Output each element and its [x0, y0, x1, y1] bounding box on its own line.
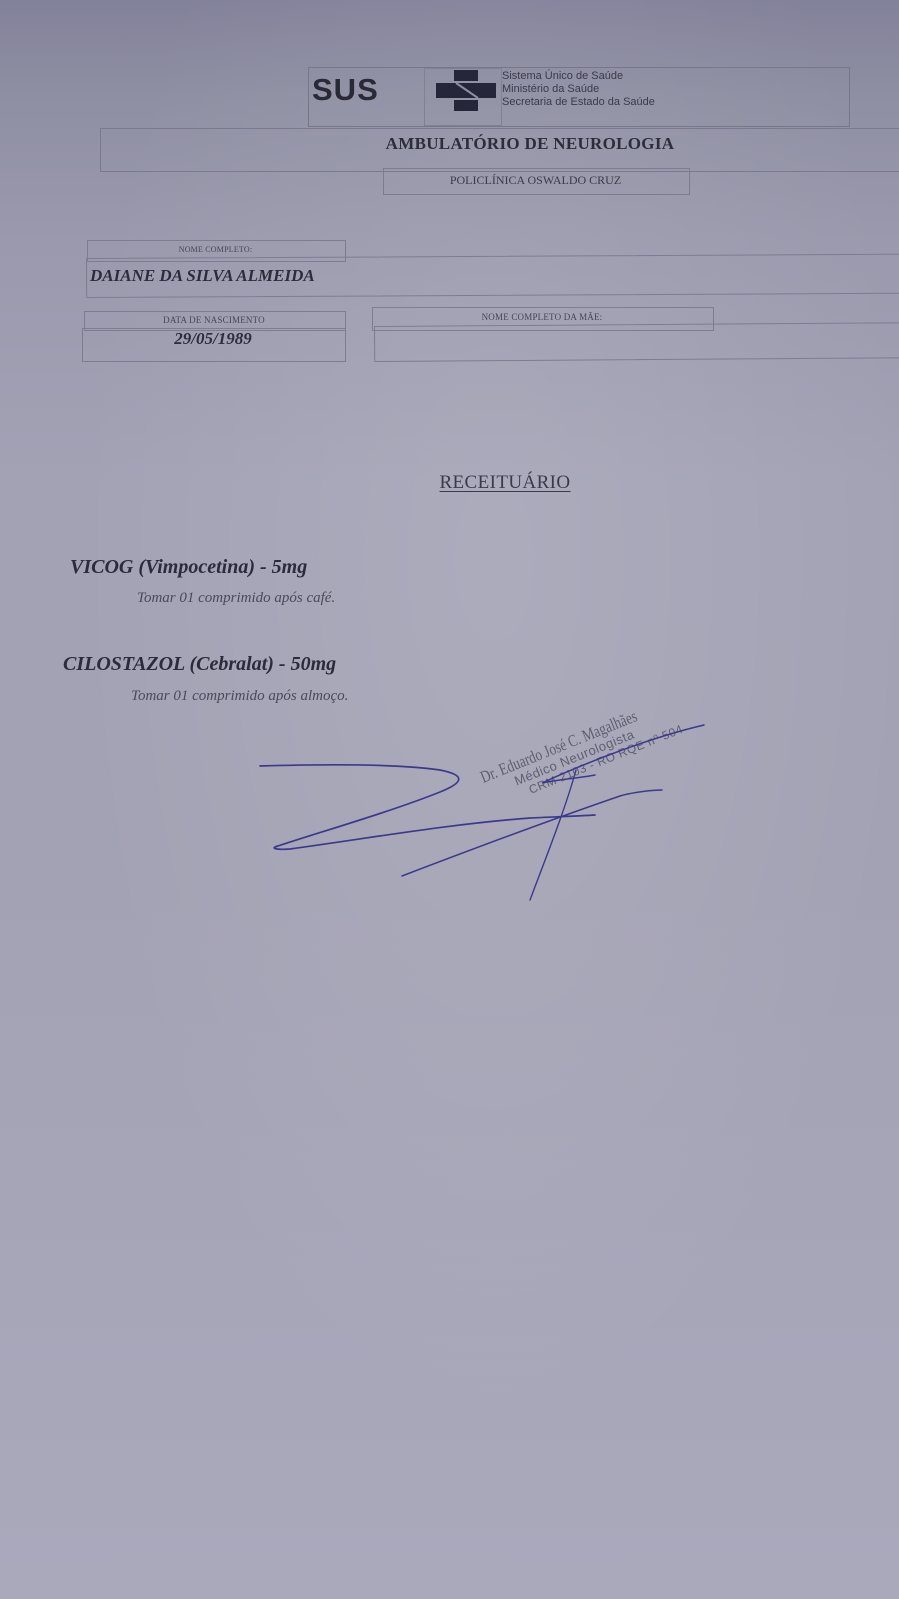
medication-name: VICOG (Vimpocetina) - 5mg — [70, 556, 307, 579]
org-line-sus: Sistema Único de Saúde — [502, 70, 623, 82]
org-line-ministerio: Ministério da Saúde — [502, 83, 599, 95]
medication-name: CILOSTAZOL (Cebralat) - 50mg — [63, 653, 336, 676]
birth-date-label: DATA DE NASCIMENTO — [84, 315, 344, 325]
mother-name-label: NOME COMPLETO DA MÃE: — [372, 312, 712, 322]
signature-icon — [250, 720, 720, 920]
medication-instruction: Tomar 01 comprimido após café. — [137, 590, 335, 607]
org-line-secretaria: Secretaria de Estado da Saúde — [502, 96, 655, 108]
patient-name: DAIANE DA SILVA ALMEIDA — [90, 266, 315, 286]
clinic-name: POLICLÍNICA OSWALDO CRUZ — [383, 173, 688, 188]
sus-logo-text: SUS — [312, 72, 379, 108]
department-title: AMBULATÓRIO DE NEUROLOGIA — [0, 134, 899, 154]
name-label: NOME COMPLETO: — [87, 245, 344, 254]
sus-cross-icon — [436, 70, 502, 114]
prescription-title: RECEITUÁRIO — [0, 472, 899, 494]
medication-instruction: Tomar 01 comprimido após almoço. — [131, 688, 348, 705]
mother-name-field — [374, 322, 899, 362]
birth-date-value: 29/05/1989 — [82, 329, 344, 349]
